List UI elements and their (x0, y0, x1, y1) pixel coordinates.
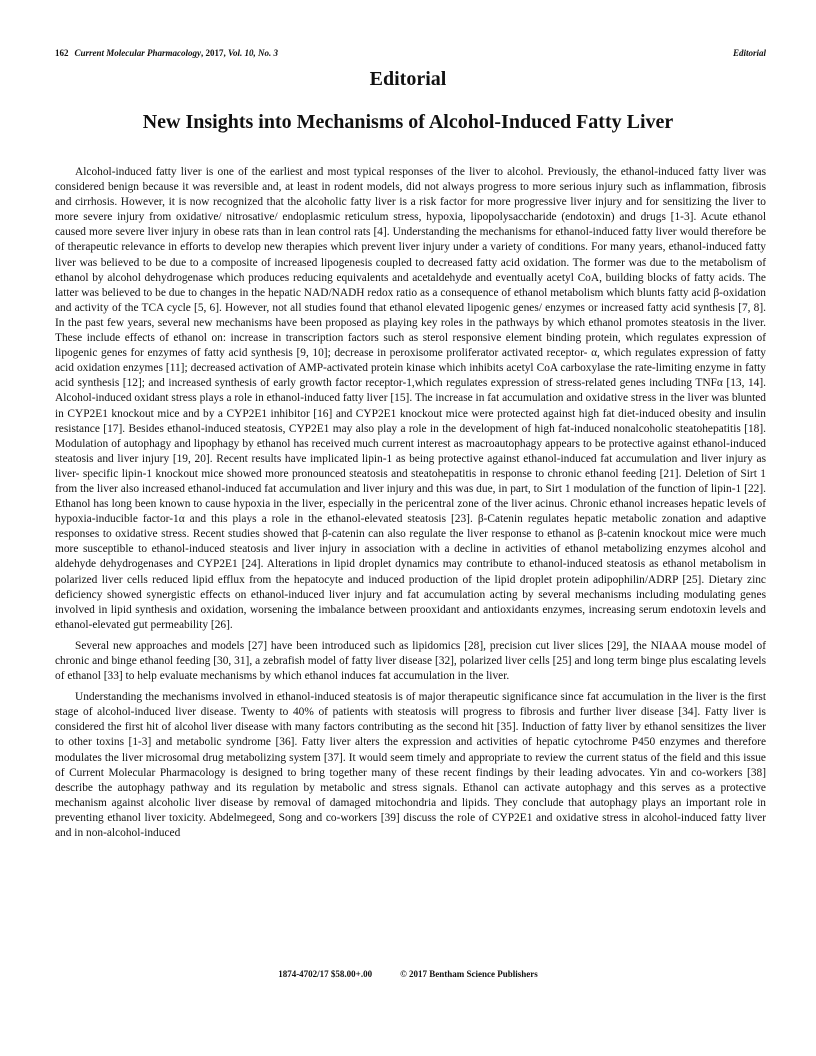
page-number: 162 (55, 48, 69, 58)
paragraph-1: Alcohol-induced fatty liver is one of th… (55, 165, 766, 633)
journal-year: , 2017, (201, 48, 228, 58)
document-page: 162Current Molecular Pharmacology, 2017,… (0, 0, 816, 1056)
running-header: 162Current Molecular Pharmacology, 2017,… (55, 48, 766, 58)
copyright: © 2017 Bentham Science Publishers (400, 969, 538, 979)
paragraph-3: Understanding the mechanisms involved in… (55, 690, 766, 841)
section-label: Editorial (0, 68, 816, 91)
page-footer: 1874-4702/17 $58.00+.00© 2017 Bentham Sc… (0, 969, 816, 979)
paragraph-2: Several new approaches and models [27] h… (55, 639, 766, 684)
header-section: Editorial (733, 48, 766, 58)
issn-price: 1874-4702/17 $58.00+.00 (278, 969, 372, 979)
article-body: Alcohol-induced fatty liver is one of th… (55, 165, 766, 847)
article-title: New Insights into Mechanisms of Alcohol-… (0, 111, 816, 134)
journal-name: Current Molecular Pharmacology (75, 48, 202, 58)
journal-volume: Vol. 10, No. 3 (228, 48, 278, 58)
header-citation: 162Current Molecular Pharmacology, 2017,… (55, 48, 278, 58)
